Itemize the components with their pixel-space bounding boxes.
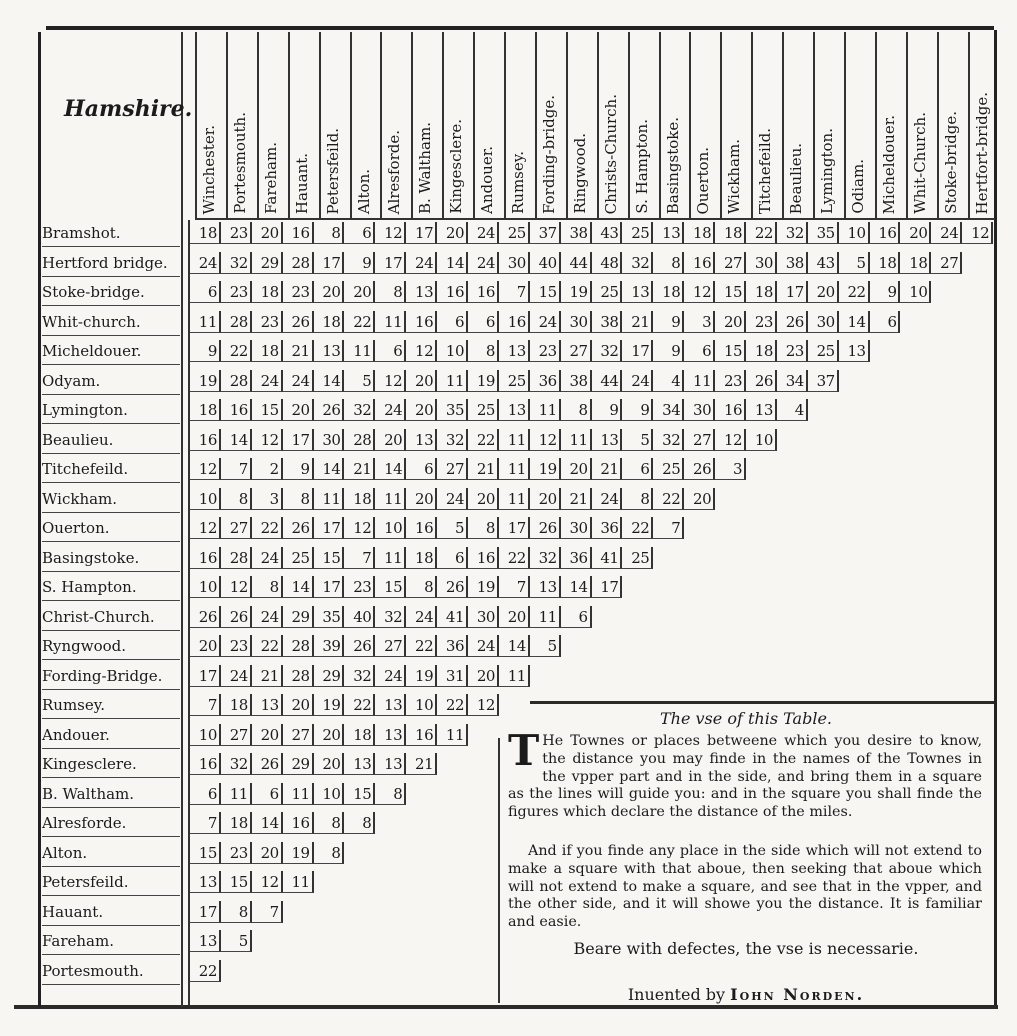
column-header: Christs-Church. [597, 32, 623, 218]
column-header: Alresforde. [380, 32, 406, 218]
distance-cell: 14 [314, 458, 345, 480]
instructions-heading: The vse of this Table. [498, 709, 994, 728]
distance-cell: 22 [468, 429, 499, 451]
distance-cell: 39 [314, 635, 345, 657]
column-header: Fording-bridge. [535, 32, 561, 218]
distance-cell: 12 [468, 694, 499, 716]
distance-cell: 28 [344, 429, 375, 451]
distance-cell: 11 [530, 399, 561, 421]
distance-cell: 23 [252, 311, 283, 333]
distance-cell: 27 [437, 458, 468, 480]
distance-cell: 6 [468, 311, 499, 333]
header-bottom-rule [195, 218, 995, 220]
distance-cell: 27 [715, 252, 746, 274]
distance-cell: 4 [777, 399, 808, 421]
column-header-label: Stoke-bridge. [942, 111, 960, 214]
distance-cell: 12 [406, 340, 437, 362]
distance-cell: 14 [437, 252, 468, 274]
table-row: 7181320192213102212 [190, 694, 499, 718]
distance-cell: 25 [499, 222, 530, 244]
distance-cell: 30 [561, 517, 592, 539]
table-row: 1628242515711186162232364125 [190, 547, 653, 571]
distance-cell: 14 [839, 311, 870, 333]
column-header-label: Fording-bridge. [540, 95, 558, 214]
table-row: 1632262920131321 [190, 753, 437, 777]
column-header: Fareham. [257, 32, 283, 218]
column-header-label: Ringwood. [571, 133, 589, 214]
distance-cell: 5 [344, 370, 375, 392]
row-label: Ryngwood. [42, 635, 180, 660]
distance-cell: 28 [221, 311, 252, 333]
distance-cell: 7 [190, 812, 221, 834]
distance-cell: 23 [283, 281, 314, 303]
distance-cell: 17 [314, 576, 345, 598]
table-row: 152320198 [190, 842, 344, 866]
distance-cell: 8 [622, 488, 653, 510]
distance-cell: 24 [221, 665, 252, 687]
distance-cell: 8 [283, 488, 314, 510]
distance-cell: 29 [252, 252, 283, 274]
row-label: Hauant. [42, 901, 180, 926]
distance-cell: 26 [221, 606, 252, 628]
row-label: Petersfeild. [42, 871, 180, 896]
distance-cell: 17 [314, 517, 345, 539]
distance-cell: 17 [592, 576, 623, 598]
distance-cell: 8 [375, 281, 406, 303]
distance-cell: 13 [406, 281, 437, 303]
distance-cell: 6 [344, 222, 375, 244]
distance-cell: 13 [375, 724, 406, 746]
distance-cell: 26 [777, 311, 808, 333]
distance-cell: 19 [283, 842, 314, 864]
distance-cell: 32 [653, 429, 684, 451]
row-label: Micheldouer. [42, 340, 180, 365]
distance-cell: 32 [221, 252, 252, 274]
distance-cell: 20 [561, 458, 592, 480]
distance-cell: 8 [344, 812, 375, 834]
distance-cell: 40 [530, 252, 561, 274]
column-header: Winchester. [195, 32, 221, 218]
distance-cell: 18 [190, 399, 221, 421]
distance-cell: 24 [252, 547, 283, 569]
distance-cell: 29 [283, 606, 314, 628]
distance-cell: 22 [190, 960, 221, 982]
distance-cell: 13 [746, 399, 777, 421]
distance-cell: 12 [962, 222, 993, 244]
distance-cell: 3 [715, 458, 746, 480]
table-row: 718141688 [190, 812, 375, 836]
distance-cell: 26 [344, 635, 375, 657]
distance-cell: 22 [406, 635, 437, 657]
distance-cell: 15 [530, 281, 561, 303]
distance-cell: 15 [190, 842, 221, 864]
distance-cell: 25 [653, 458, 684, 480]
row-label: Lymington. [42, 399, 180, 424]
distance-cell: 25 [499, 370, 530, 392]
distance-cell: 6 [437, 547, 468, 569]
distance-cell: 10 [406, 694, 437, 716]
distance-cell: 30 [314, 429, 345, 451]
distance-cell: 22 [437, 694, 468, 716]
table-row: 108381118112024201120212482220 [190, 488, 715, 512]
column-header: Titchefeild. [751, 32, 777, 218]
table-row: 61161110158 [190, 783, 406, 807]
distance-cell: 14 [375, 458, 406, 480]
distance-cell: 10 [746, 429, 777, 451]
distance-cell: 17 [190, 665, 221, 687]
distance-cell: 32 [344, 399, 375, 421]
row-label: Christ-Church. [42, 606, 180, 631]
distance-cell: 2 [252, 458, 283, 480]
distance-cell: 20 [715, 311, 746, 333]
row-label: S. Hampton. [42, 576, 180, 601]
distance-cell: 14 [283, 576, 314, 598]
distance-cell: 24 [375, 665, 406, 687]
credit-name: Iohn Norden. [730, 985, 864, 1004]
distance-cell: 30 [746, 252, 777, 274]
distance-cell: 22 [344, 311, 375, 333]
distance-cell: 13 [190, 871, 221, 893]
column-header-label: Alton. [355, 169, 373, 214]
distance-cell: 17 [190, 901, 221, 923]
row-label: Portesmouth. [42, 960, 180, 985]
column-header-label: Whit-Church. [911, 112, 929, 214]
distance-cell: 11 [499, 429, 530, 451]
distance-cell: 22 [221, 340, 252, 362]
distance-cell: 35 [808, 222, 839, 244]
distance-cell: 12 [190, 458, 221, 480]
instructions-paragraph-1: THe Townes or places betweene which you … [508, 733, 982, 822]
distance-cell: 27 [931, 252, 962, 274]
distance-cell: 13 [375, 753, 406, 775]
distance-cell: 6 [437, 311, 468, 333]
distance-cell: 20 [252, 724, 283, 746]
distance-cell: 30 [499, 252, 530, 274]
table-row: 1787 [190, 901, 283, 925]
table-row: 181615202632242035251311899343016134 [190, 399, 808, 423]
distance-cell: 6 [375, 340, 406, 362]
row-label: Rumsey. [42, 694, 180, 719]
distance-cell: 20 [314, 753, 345, 775]
distance-cell: 16 [870, 222, 901, 244]
distance-cell: 25 [468, 399, 499, 421]
distance-cell: 40 [344, 606, 375, 628]
distance-cell: 13 [530, 576, 561, 598]
column-header: Hertfort-bridge. [968, 32, 994, 218]
distance-cell: 8 [468, 517, 499, 539]
distance-cell: 8 [406, 576, 437, 598]
distance-cell: 36 [437, 635, 468, 657]
distance-cell: 28 [283, 665, 314, 687]
distance-cell: 24 [283, 370, 314, 392]
distance-cell: 18 [746, 340, 777, 362]
distance-cell: 19 [468, 370, 499, 392]
distance-cell: 18 [344, 488, 375, 510]
column-header-label: Basingstoke. [664, 117, 682, 214]
distance-cell: 13 [314, 340, 345, 362]
table-row: 13151211 [190, 871, 314, 895]
distance-cell: 43 [592, 222, 623, 244]
table-row: 135 [190, 930, 252, 954]
column-header: Basingstoke. [659, 32, 685, 218]
distance-cell: 20 [499, 606, 530, 628]
column-header-label: Micheldouer. [880, 115, 898, 214]
distance-cell: 16 [190, 429, 221, 451]
distance-cell: 12 [684, 281, 715, 303]
distance-cell: 13 [592, 429, 623, 451]
distance-cell: 38 [561, 370, 592, 392]
distance-cell: 21 [252, 665, 283, 687]
distance-cell: 11 [499, 488, 530, 510]
column-header-label: Portesmouth. [231, 112, 249, 214]
distance-cell: 18 [252, 340, 283, 362]
distance-cell: 27 [561, 340, 592, 362]
column-header-label: Fareham. [262, 142, 280, 214]
column-header: Alton. [350, 32, 376, 218]
column-header: Rumsey. [504, 32, 530, 218]
distance-cell: 30 [561, 311, 592, 333]
column-header-label: Andouer. [478, 146, 496, 214]
distance-cell: 5 [221, 930, 252, 952]
distance-cell: 15 [344, 783, 375, 805]
row-label: Ouerton. [42, 517, 180, 542]
distance-cell: 16 [221, 399, 252, 421]
distance-cell: 11 [499, 458, 530, 480]
row-label: Fording-Bridge. [42, 665, 180, 690]
distance-cell: 12 [221, 576, 252, 598]
distance-cell: 12 [715, 429, 746, 451]
distance-cell: 26 [283, 517, 314, 539]
distance-cell: 8 [221, 488, 252, 510]
distance-cell: 44 [592, 370, 623, 392]
distance-cell: 8 [561, 399, 592, 421]
distance-cell: 32 [221, 753, 252, 775]
distance-cell: 41 [592, 547, 623, 569]
column-header-label: Christs-Church. [602, 94, 620, 214]
distance-cell: 23 [221, 222, 252, 244]
distance-cell: 11 [499, 665, 530, 687]
distance-cell: 38 [592, 311, 623, 333]
distance-cell: 15 [375, 576, 406, 598]
distance-cell: 44 [561, 252, 592, 274]
table-row: 1724212829322419312011 [190, 665, 530, 689]
distance-cell: 29 [283, 753, 314, 775]
distance-cell: 20 [406, 399, 437, 421]
table-row: 20232228392627223624145 [190, 635, 561, 659]
distance-cell: 10 [190, 488, 221, 510]
distance-cell: 8 [314, 842, 345, 864]
row-label: Wickham. [42, 488, 180, 513]
column-header-label: Winchester. [200, 125, 218, 214]
distance-cell: 21 [592, 458, 623, 480]
distance-cell: 19 [406, 665, 437, 687]
column-header: Ouerton. [689, 32, 715, 218]
distance-cell: 6 [190, 783, 221, 805]
distance-cell: 13 [406, 429, 437, 451]
distance-cell: 18 [406, 547, 437, 569]
distance-cell: 19 [190, 370, 221, 392]
distance-cell: 18 [715, 222, 746, 244]
column-header-label: Alresforde. [385, 130, 403, 214]
distance-cell: 11 [190, 311, 221, 333]
row-label: Andouer. [42, 724, 180, 749]
distance-cell: 10 [190, 724, 221, 746]
distance-cell: 35 [314, 606, 345, 628]
distance-cell: 7 [653, 517, 684, 539]
column-header: Whit-Church. [906, 32, 932, 218]
distance-cell: 24 [375, 399, 406, 421]
distance-cell: 26 [684, 458, 715, 480]
distance-cell: 24 [468, 252, 499, 274]
row-label: Alresforde. [42, 812, 180, 837]
distance-cell: 8 [468, 340, 499, 362]
distance-cell: 12 [190, 517, 221, 539]
distance-cell: 18 [653, 281, 684, 303]
distance-cell: 18 [314, 311, 345, 333]
distance-cell: 25 [808, 340, 839, 362]
distance-cell: 6 [190, 281, 221, 303]
column-header: Ringwood. [566, 32, 592, 218]
distance-cell: 24 [468, 222, 499, 244]
distance-cell: 22 [622, 517, 653, 539]
column-header-label: Ouerton. [694, 147, 712, 215]
distance-cell: 24 [406, 606, 437, 628]
distance-cell: 27 [375, 635, 406, 657]
row-label: Beaulieu. [42, 429, 180, 454]
distance-cell: 10 [437, 340, 468, 362]
distance-cell: 15 [715, 340, 746, 362]
distance-cell: 7 [252, 901, 283, 923]
distance-cell: 25 [592, 281, 623, 303]
table-row: 2626242935403224413020116 [190, 606, 592, 630]
frame-top-rule [46, 26, 994, 30]
distance-cell: 38 [777, 252, 808, 274]
distance-cell: 13 [499, 399, 530, 421]
distance-cell: 20 [314, 724, 345, 746]
distance-cell: 27 [684, 429, 715, 451]
distance-cell: 14 [252, 812, 283, 834]
distance-cell: 32 [592, 340, 623, 362]
distance-cell: 26 [437, 576, 468, 598]
distance-cell: 35 [437, 399, 468, 421]
distance-cell: 8 [314, 222, 345, 244]
distance-cell: 9 [622, 399, 653, 421]
distance-cell: 4 [653, 370, 684, 392]
distance-cell: 14 [221, 429, 252, 451]
distance-cell: 6 [406, 458, 437, 480]
distance-cell: 22 [839, 281, 870, 303]
distance-cell: 11 [684, 370, 715, 392]
distance-cell: 26 [252, 753, 283, 775]
distance-cell: 24 [252, 370, 283, 392]
distance-cell: 13 [252, 694, 283, 716]
distance-cell: 32 [530, 547, 561, 569]
row-label: B. Waltham. [42, 783, 180, 808]
distance-cell: 20 [252, 222, 283, 244]
distance-cell: 11 [283, 871, 314, 893]
column-header-label: Kingesclere. [447, 119, 465, 214]
table-row: 922182113116121081323273217961518232513 [190, 340, 870, 364]
distance-cell: 23 [777, 340, 808, 362]
distance-cell: 20 [684, 488, 715, 510]
column-header-label: Odiam. [849, 159, 867, 214]
distance-cell: 20 [252, 842, 283, 864]
distance-cell: 11 [221, 783, 252, 805]
column-header: S. Hampton. [628, 32, 654, 218]
distance-cell: 11 [314, 488, 345, 510]
column-header-label: Beaulieu. [787, 143, 805, 214]
column-header-label: Hauant. [293, 153, 311, 214]
distance-cell: 16 [684, 252, 715, 274]
instructions-motto: Beare with defectes, the vse is necessar… [498, 939, 994, 958]
row-label: Stoke-bridge. [42, 281, 180, 306]
distance-cell: 25 [283, 547, 314, 569]
distance-cell: 34 [777, 370, 808, 392]
distance-cell: 24 [468, 635, 499, 657]
table-row: 1128232618221116661624303821932023263014… [190, 311, 900, 335]
inventor-credit: Inuented by Iohn Norden. [498, 985, 994, 1004]
distance-cell: 21 [622, 311, 653, 333]
distance-cell: 20 [406, 370, 437, 392]
distance-cell: 22 [252, 517, 283, 539]
table-row: 1012814172315826197131417 [190, 576, 622, 600]
table-row: 1614121730282013322211121113532271210 [190, 429, 777, 453]
distance-cell: 27 [221, 517, 252, 539]
distance-cell: 30 [808, 311, 839, 333]
column-header: Andouer. [473, 32, 499, 218]
distance-cell: 19 [468, 576, 499, 598]
distance-cell: 20 [190, 635, 221, 657]
distance-cell: 6 [252, 783, 283, 805]
distance-cell: 29 [314, 665, 345, 687]
distance-cell: 17 [406, 222, 437, 244]
distance-cell: 43 [808, 252, 839, 274]
distance-cell: 41 [437, 606, 468, 628]
distance-cell: 7 [344, 547, 375, 569]
distance-cell: 22 [344, 694, 375, 716]
distance-cell: 10 [314, 783, 345, 805]
distance-cell: 36 [592, 517, 623, 539]
distance-cell: 37 [530, 222, 561, 244]
distance-cell: 20 [900, 222, 931, 244]
distance-cell: 12 [344, 517, 375, 539]
distance-cell: 8 [375, 783, 406, 805]
distance-cell: 6 [870, 311, 901, 333]
distance-cell: 18 [252, 281, 283, 303]
distance-cell: 20 [468, 488, 499, 510]
table-row: 127291421146272111192021625263 [190, 458, 746, 482]
distance-cell: 11 [437, 724, 468, 746]
distance-cell: 16 [406, 311, 437, 333]
distance-cell: 28 [221, 547, 252, 569]
frame-right-rule [994, 30, 997, 1005]
credit-prefix: Inuented by [628, 985, 725, 1004]
distance-cell: 28 [283, 252, 314, 274]
row-label: Odyam. [42, 370, 180, 395]
row-label: Bramshot. [42, 222, 180, 247]
distance-cell: 32 [375, 606, 406, 628]
distance-cell: 19 [561, 281, 592, 303]
distance-cell: 11 [375, 311, 406, 333]
distance-cell: 26 [530, 517, 561, 539]
distance-cell: 17 [375, 252, 406, 274]
distance-cell: 28 [221, 370, 252, 392]
column-header: Wickham. [720, 32, 746, 218]
column-header: B. Waltham. [411, 32, 437, 218]
distance-cell: 6 [622, 458, 653, 480]
distance-cell: 18 [746, 281, 777, 303]
table-row: 2432292817917241424304044483281627303843… [190, 252, 962, 276]
